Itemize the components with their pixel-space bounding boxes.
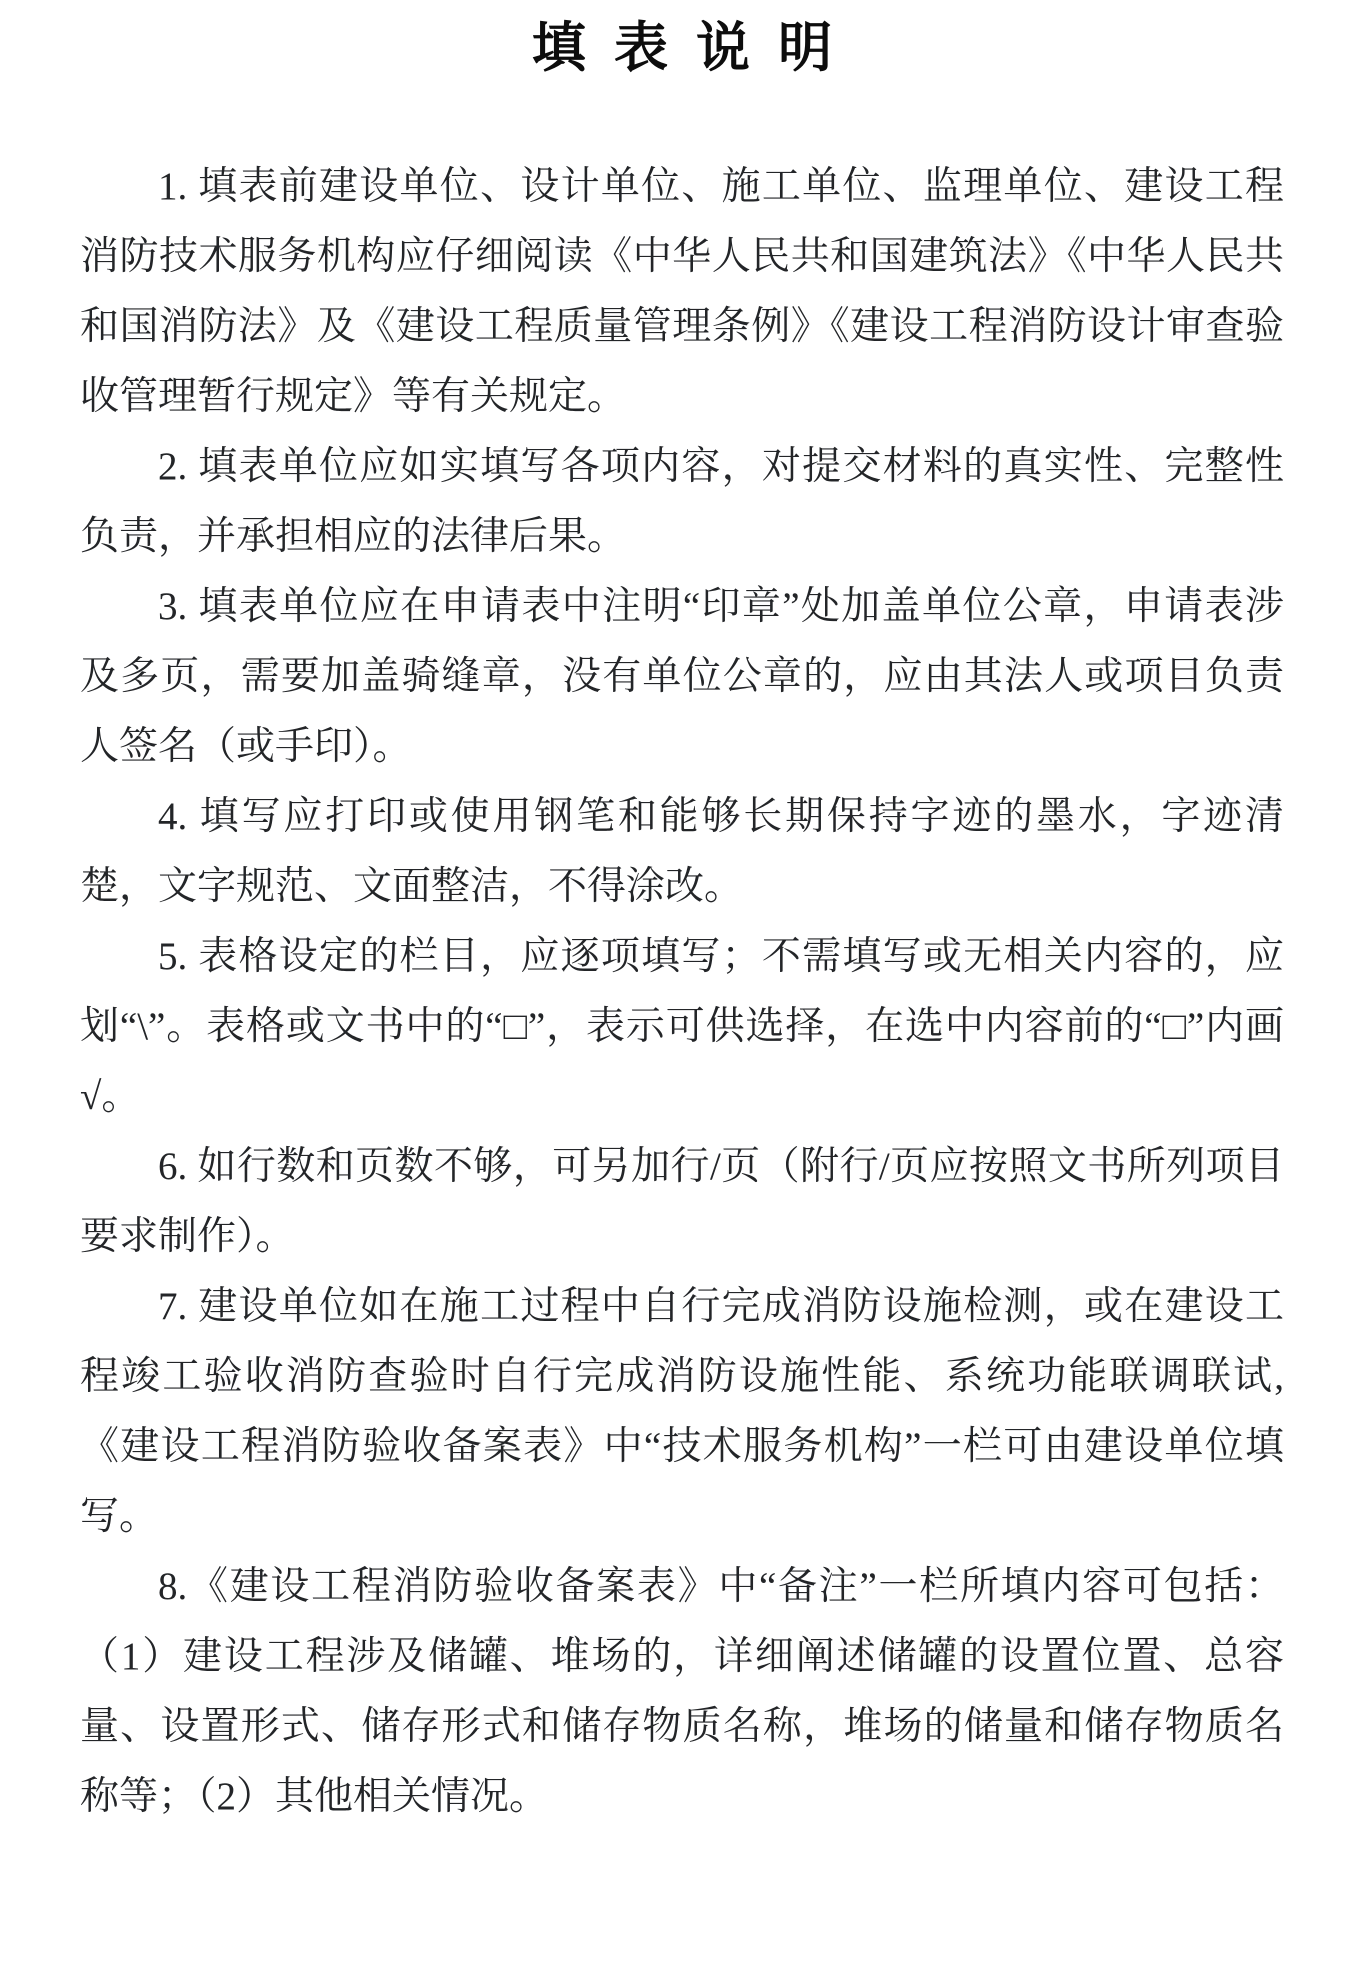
- paragraph-6: 6. 如行数和页数不够，可另加行/页（附行/页应按照文书所列项目要求制作）。: [80, 1132, 1284, 1272]
- paragraph-1: 1. 填表前建设单位、设计单位、施工单位、监理单位、建设工程消防技术服务机构应仔…: [80, 152, 1284, 432]
- page-title: 填表说明: [80, 14, 1284, 82]
- document-body: 1. 填表前建设单位、设计单位、施工单位、监理单位、建设工程消防技术服务机构应仔…: [80, 152, 1284, 1832]
- paragraph-4: 4. 填写应打印或使用钢笔和能够长期保持字迹的墨水，字迹清楚，文字规范、文面整洁…: [80, 782, 1284, 922]
- paragraph-3: 3. 填表单位应在申请表中注明“印章”处加盖单位公章，申请表涉及多页，需要加盖骑…: [80, 572, 1284, 782]
- paragraph-2: 2. 填表单位应如实填写各项内容，对提交材料的真实性、完整性负责，并承担相应的法…: [80, 432, 1284, 572]
- paragraph-8: 8.《建设工程消防验收备案表》中“备注”一栏所填内容可包括：（1）建设工程涉及储…: [80, 1552, 1284, 1832]
- paragraph-7: 7. 建设单位如在施工过程中自行完成消防设施检测，或在建设工程竣工验收消防查验时…: [80, 1272, 1284, 1552]
- paragraph-5: 5. 表格设定的栏目，应逐项填写；不需填写或无相关内容的，应划“\”。表格或文书…: [80, 922, 1284, 1132]
- document-page: 填表说明 1. 填表前建设单位、设计单位、施工单位、监理单位、建设工程消防技术服…: [0, 0, 1364, 1962]
